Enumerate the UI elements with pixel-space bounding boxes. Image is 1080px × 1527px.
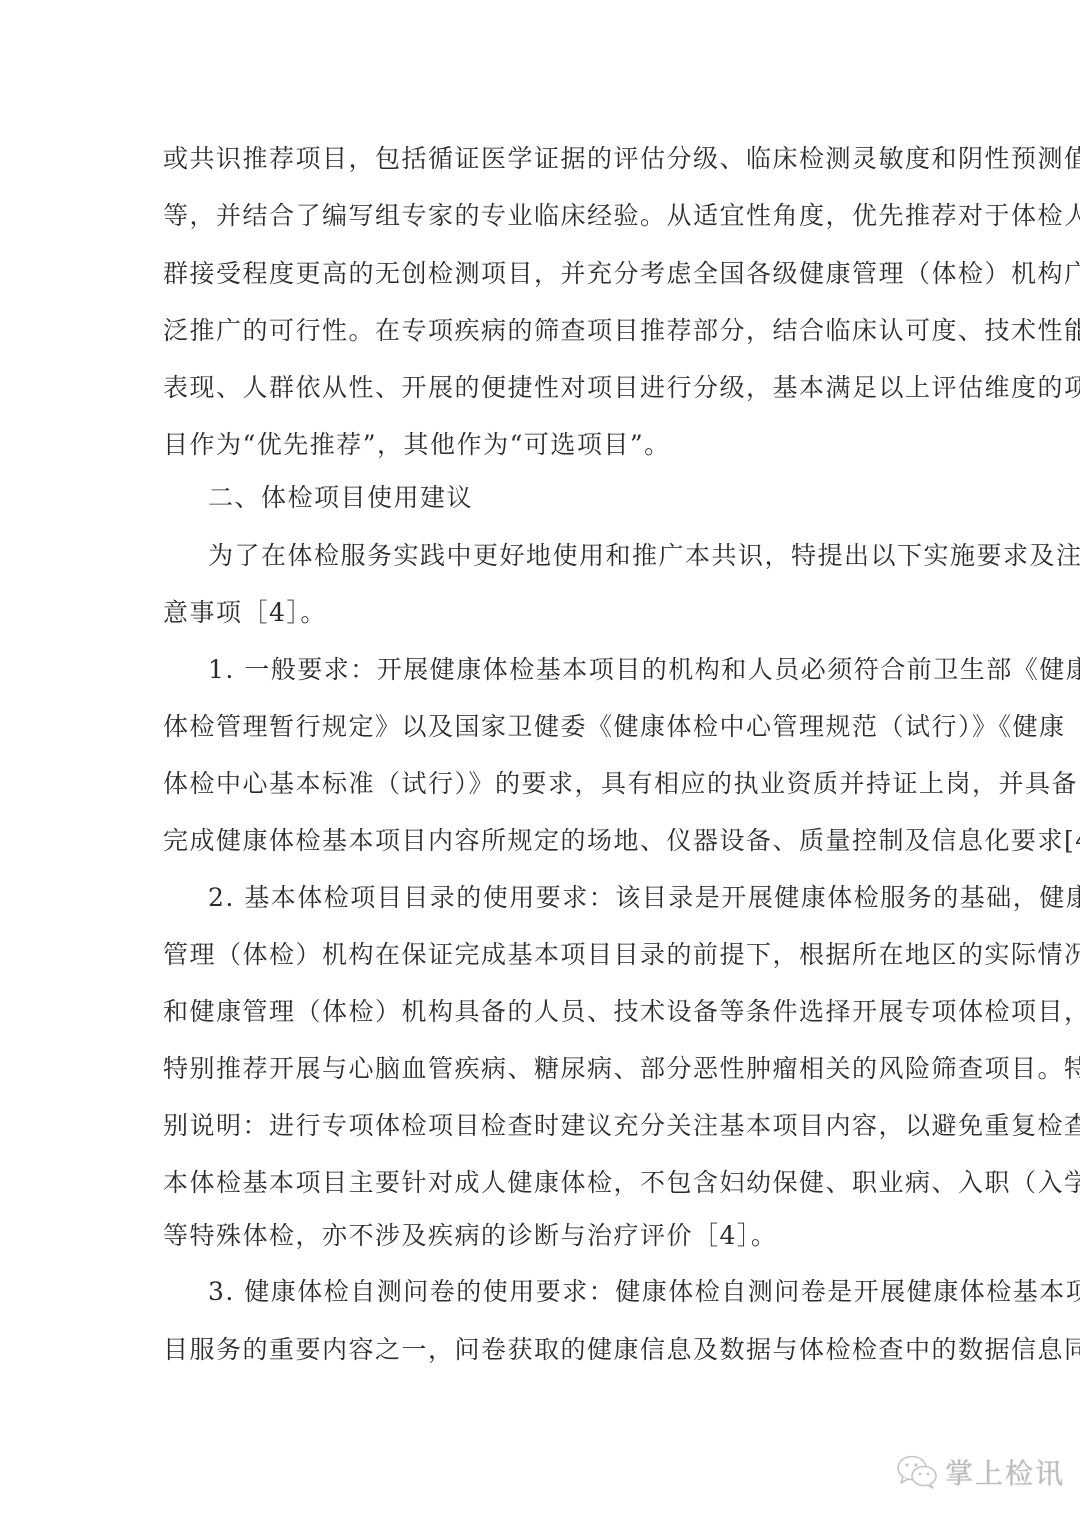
- text-line: 等，并结合了编写组专家的专业临床经验。从适宜性角度，优先推荐对于体检人: [163, 199, 923, 233]
- text-line: 完成健康体检基本项目内容所规定的场地、仪器设备、质量控制及信息化要求[4]。: [163, 824, 923, 858]
- text-line: 别说明：进行专项体检项目检查时建议充分关注基本项目内容，以避免重复检查。: [163, 1109, 923, 1143]
- text-line: 群接受程度更高的无创检测项目，并充分考虑全国各级健康管理（体检）机构广: [163, 257, 923, 291]
- document-page: 或共识推荐项目，包括循证医学证据的评估分级、临床检测灵敏度和阴性预测值 等，并结…: [0, 0, 1080, 1527]
- list-item-1-first-line: 1. 一般要求：开展健康体检基本项目的机构和人员必须符合前卫生部《健康: [208, 653, 968, 687]
- text-line: 等特殊体检，亦不涉及疾病的诊断与治疗评价［4］。: [163, 1219, 923, 1253]
- text-line: 或共识推荐项目，包括循证医学证据的评估分级、临床检测灵敏度和阴性预测值: [163, 142, 923, 176]
- text-line: 泛推广的可行性。在专项疾病的筛查项目推荐部分，结合临床认可度、技术性能: [163, 314, 923, 348]
- list-item-3-first-line: 3. 健康体检自测问卷的使用要求：健康体检自测问卷是开展健康体检基本项: [208, 1275, 968, 1309]
- text-line: 目服务的重要内容之一，问卷获取的健康信息及数据与体检检查中的数据信息同: [163, 1333, 923, 1367]
- text-line: 表现、人群依从性、开展的便捷性对项目进行分级，基本满足以上评估维度的项: [163, 371, 923, 405]
- wechat-icon: [895, 1454, 939, 1490]
- text-line: 体检中心基本标准（试行）》的要求，具有相应的执业资质并持证上岗，并具备: [163, 767, 923, 801]
- paragraph-first-line: 为了在体检服务实践中更好地使用和推广本共识，特提出以下实施要求及注: [208, 539, 968, 573]
- text-line: 管理（体检）机构在保证完成基本项目目录的前提下，根据所在地区的实际情况: [163, 938, 923, 972]
- text-line: 特别推荐开展与心脑血管疾病、糖尿病、部分恶性肿瘤相关的风险筛查项目。特: [163, 1052, 923, 1086]
- text-line: 和健康管理（体检）机构具备的人员、技术设备等条件选择开展专项体检项目，: [163, 995, 923, 1029]
- text-line: 意事项［4］。: [163, 596, 923, 630]
- text-line: 体检管理暂行规定》以及国家卫健委《健康体检中心管理规范（试行）》《健康: [163, 710, 923, 744]
- section-heading: 二、体检项目使用建议: [208, 481, 968, 515]
- text-line: 目作为“优先推荐”，其他作为“可选项目”。: [163, 428, 923, 462]
- text-line: 本体检基本项目主要针对成人健康体检，不包含妇幼保健、职业病、入职（入学）: [163, 1166, 923, 1200]
- watermark-text: 掌上检讯: [945, 1452, 1065, 1492]
- list-item-2-first-line: 2. 基本体检项目目录的使用要求：该目录是开展健康体检服务的基础，健康: [208, 881, 968, 915]
- watermark: 掌上检讯: [895, 1452, 1065, 1492]
